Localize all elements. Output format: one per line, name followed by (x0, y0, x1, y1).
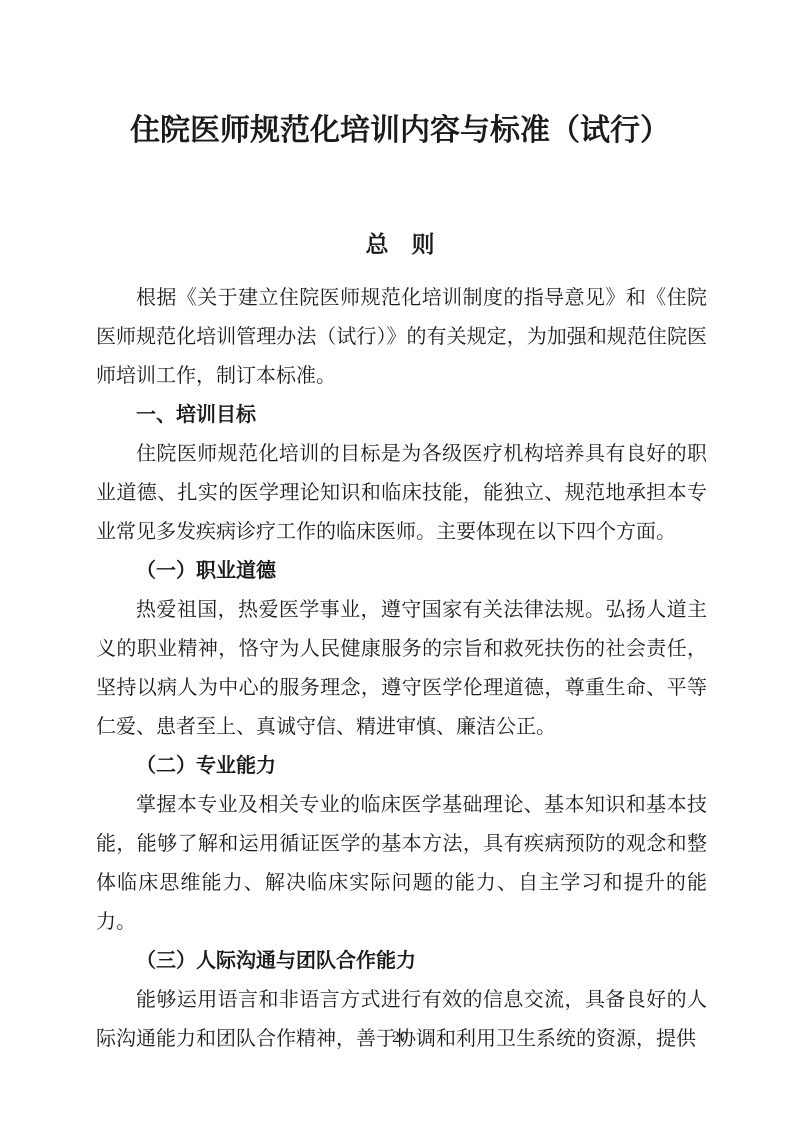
paragraph-training-objectives: 住院医师规范化培训的目标是为各级医疗机构培养具有良好的职业道德、扎实的医学理论知… (96, 435, 707, 552)
paragraph-professional-competence: 掌握本专业及相关专业的临床医学基础理论、基本知识和基本技能，能够了解和运用循证医… (96, 786, 707, 942)
section-heading-general-provisions: 总 则 (0, 227, 800, 261)
document-body: 根据《关于建立住院医师规范化培训制度的指导意见》和《住院医师规范化培训管理办法（… (96, 279, 707, 1059)
heading-professional-competence: （二）专业能力 (96, 747, 707, 786)
document-page: 住院医师规范化培训内容与标准（试行） 总 则 根据《关于建立住院医师规范化培训制… (0, 0, 800, 1129)
heading-communication-teamwork: （三）人际沟通与团队合作能力 (96, 942, 707, 981)
heading-training-objectives: 一、培训目标 (96, 396, 707, 435)
paragraph-professional-ethics: 热爱祖国，热爱医学事业，遵守国家有关法律法规。弘扬人道主义的职业精神，恪守为人民… (96, 591, 707, 747)
page-number: 20 (0, 1026, 800, 1050)
paragraph-preamble: 根据《关于建立住院医师规范化培训制度的指导意见》和《住院医师规范化培训管理办法（… (96, 279, 707, 396)
document-title: 住院医师规范化培训内容与标准（试行） (0, 110, 800, 152)
heading-professional-ethics: （一）职业道德 (96, 552, 707, 591)
